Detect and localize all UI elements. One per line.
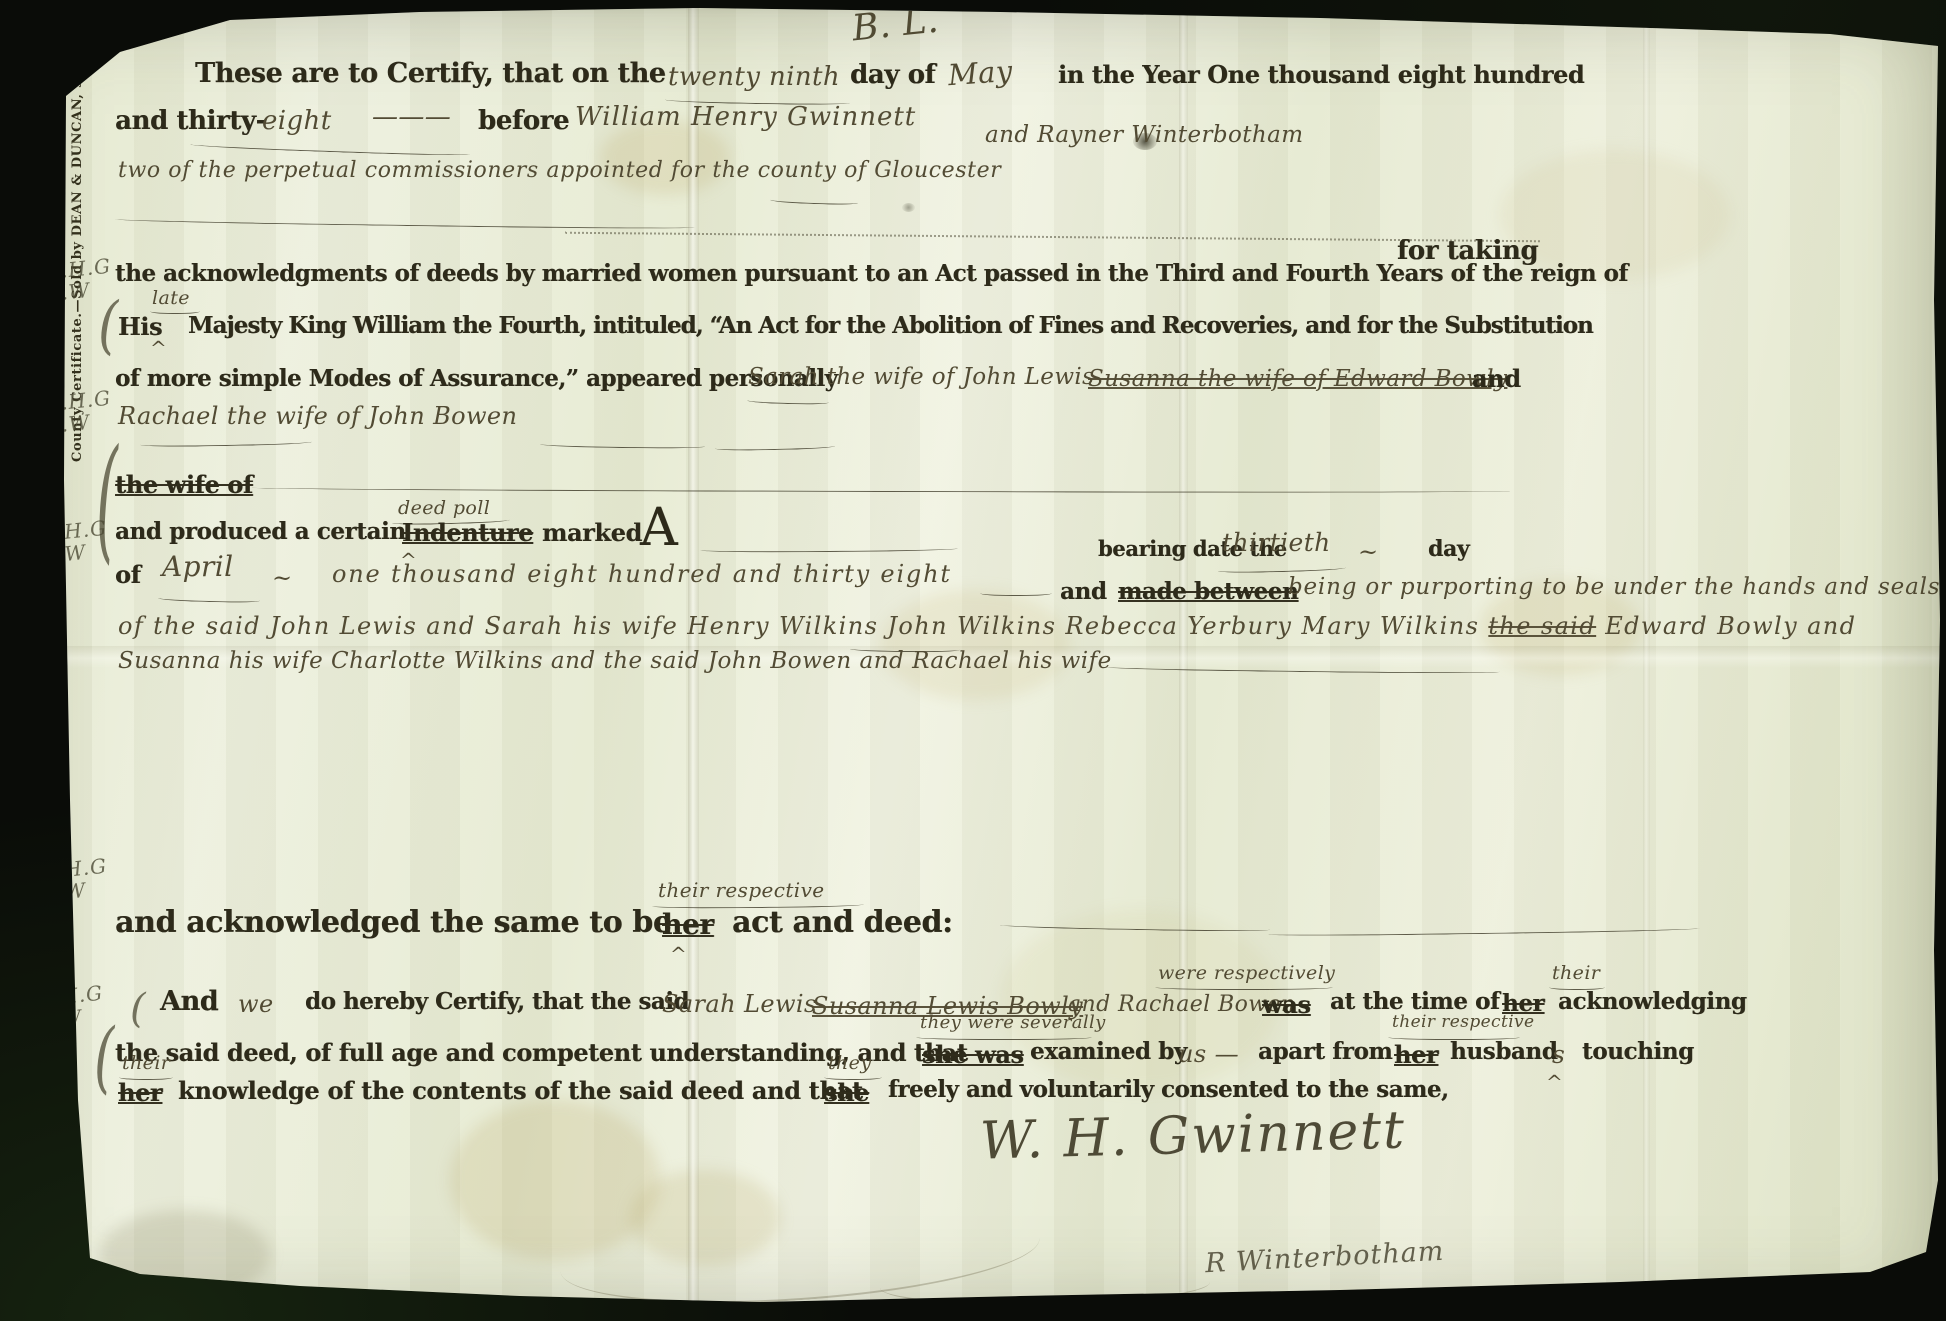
photographed-deed-document: { "colors": { "backdrop": "#0a0c08", "pa…	[0, 0, 1946, 1321]
parchment-sheet: B. L. County Certificate.—Sold by DEAN &…	[0, 0, 1946, 1321]
edge-vignette	[0, 0, 1946, 1321]
